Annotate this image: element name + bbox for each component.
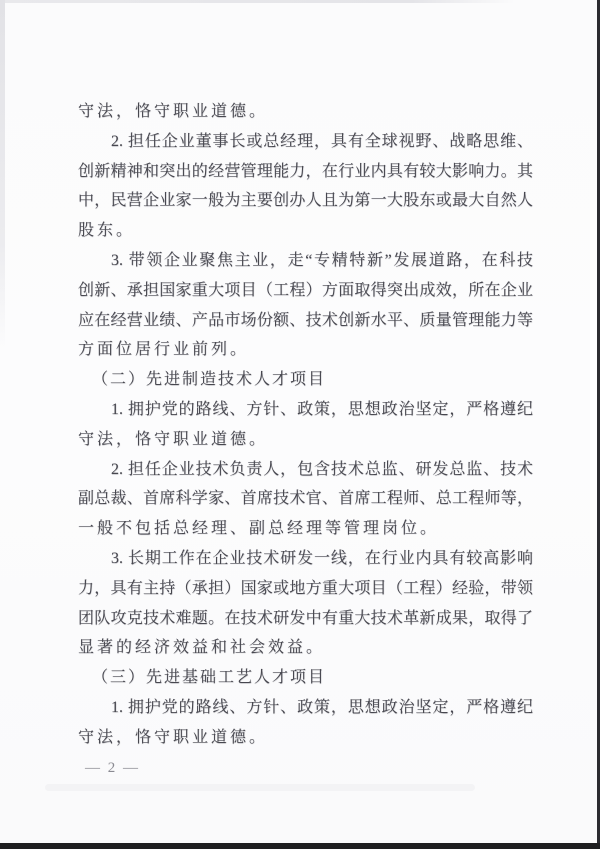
scan-edge-top	[0, 0, 515, 3]
text-line: 力，具有主持（承担）国家或地方重大项目（工程）经验，带领	[78, 574, 533, 604]
scanned-document-page: 守法，恪守职业道德。2. 担任企业董事长或总经理，具有全球视野、战略思维、创新精…	[0, 0, 600, 849]
text-line: 股东。	[78, 216, 533, 246]
text-line: 2. 担任企业董事长或总经理，具有全球视野、战略思维、	[78, 127, 533, 157]
text-line: 创新、承担国家重大项目（工程）方面取得突出成效，所在企业	[78, 276, 533, 306]
text-line: 1. 拥护党的路线、方针、政策，思想政治坚定，严格遵纪	[78, 693, 533, 723]
scan-edge-left	[0, 0, 5, 348]
page-number: — 2 —	[85, 758, 140, 778]
text-line: 显著的经济效益和社会效益。	[78, 633, 533, 663]
text-line: 2. 担任企业技术负责人，包含技术总监、研发总监、技术	[78, 455, 533, 485]
text-line: 方面位居行业前列。	[78, 335, 533, 365]
scan-edge-bottom	[0, 843, 600, 849]
scan-smudge	[45, 784, 475, 791]
document-body: 守法，恪守职业道德。2. 担任企业董事长或总经理，具有全球视野、战略思维、创新精…	[78, 97, 533, 753]
text-line: 中，民营企业家一般为主要创办人且为第一大股东或最大自然人	[78, 186, 533, 216]
text-line: 守法，恪守职业道德。	[78, 723, 533, 753]
section-heading: （二）先进制造技术人才项目	[78, 365, 533, 395]
text-line: 副总裁、首席科学家、首席技术官、首席工程师、总工程师等，	[78, 484, 533, 514]
text-line: 1. 拥护党的路线、方针、政策，思想政治坚定，严格遵纪	[78, 395, 533, 425]
text-line: 3. 带领企业聚焦主业，走“专精特新”发展道路，在科技	[78, 246, 533, 276]
text-line: 应在经营业绩、产品市场份额、技术创新水平、质量管理能力等	[78, 306, 533, 336]
section-heading: （三）先进基础工艺人才项目	[78, 663, 533, 693]
text-line: 3. 长期工作在企业技术研发一线，在行业内具有较高影响	[78, 544, 533, 574]
text-line: 守法，恪守职业道德。	[78, 425, 533, 455]
text-line: 一般不包括总经理、副总经理等管理岗位。	[78, 514, 533, 544]
text-line: 团队攻克技术难题。在技术研发中有重大技术革新成果，取得了	[78, 604, 533, 634]
text-line: 创新精神和突出的经营管理能力，在行业内具有较大影响力。其	[78, 157, 533, 187]
text-line: 守法，恪守职业道德。	[78, 97, 533, 127]
